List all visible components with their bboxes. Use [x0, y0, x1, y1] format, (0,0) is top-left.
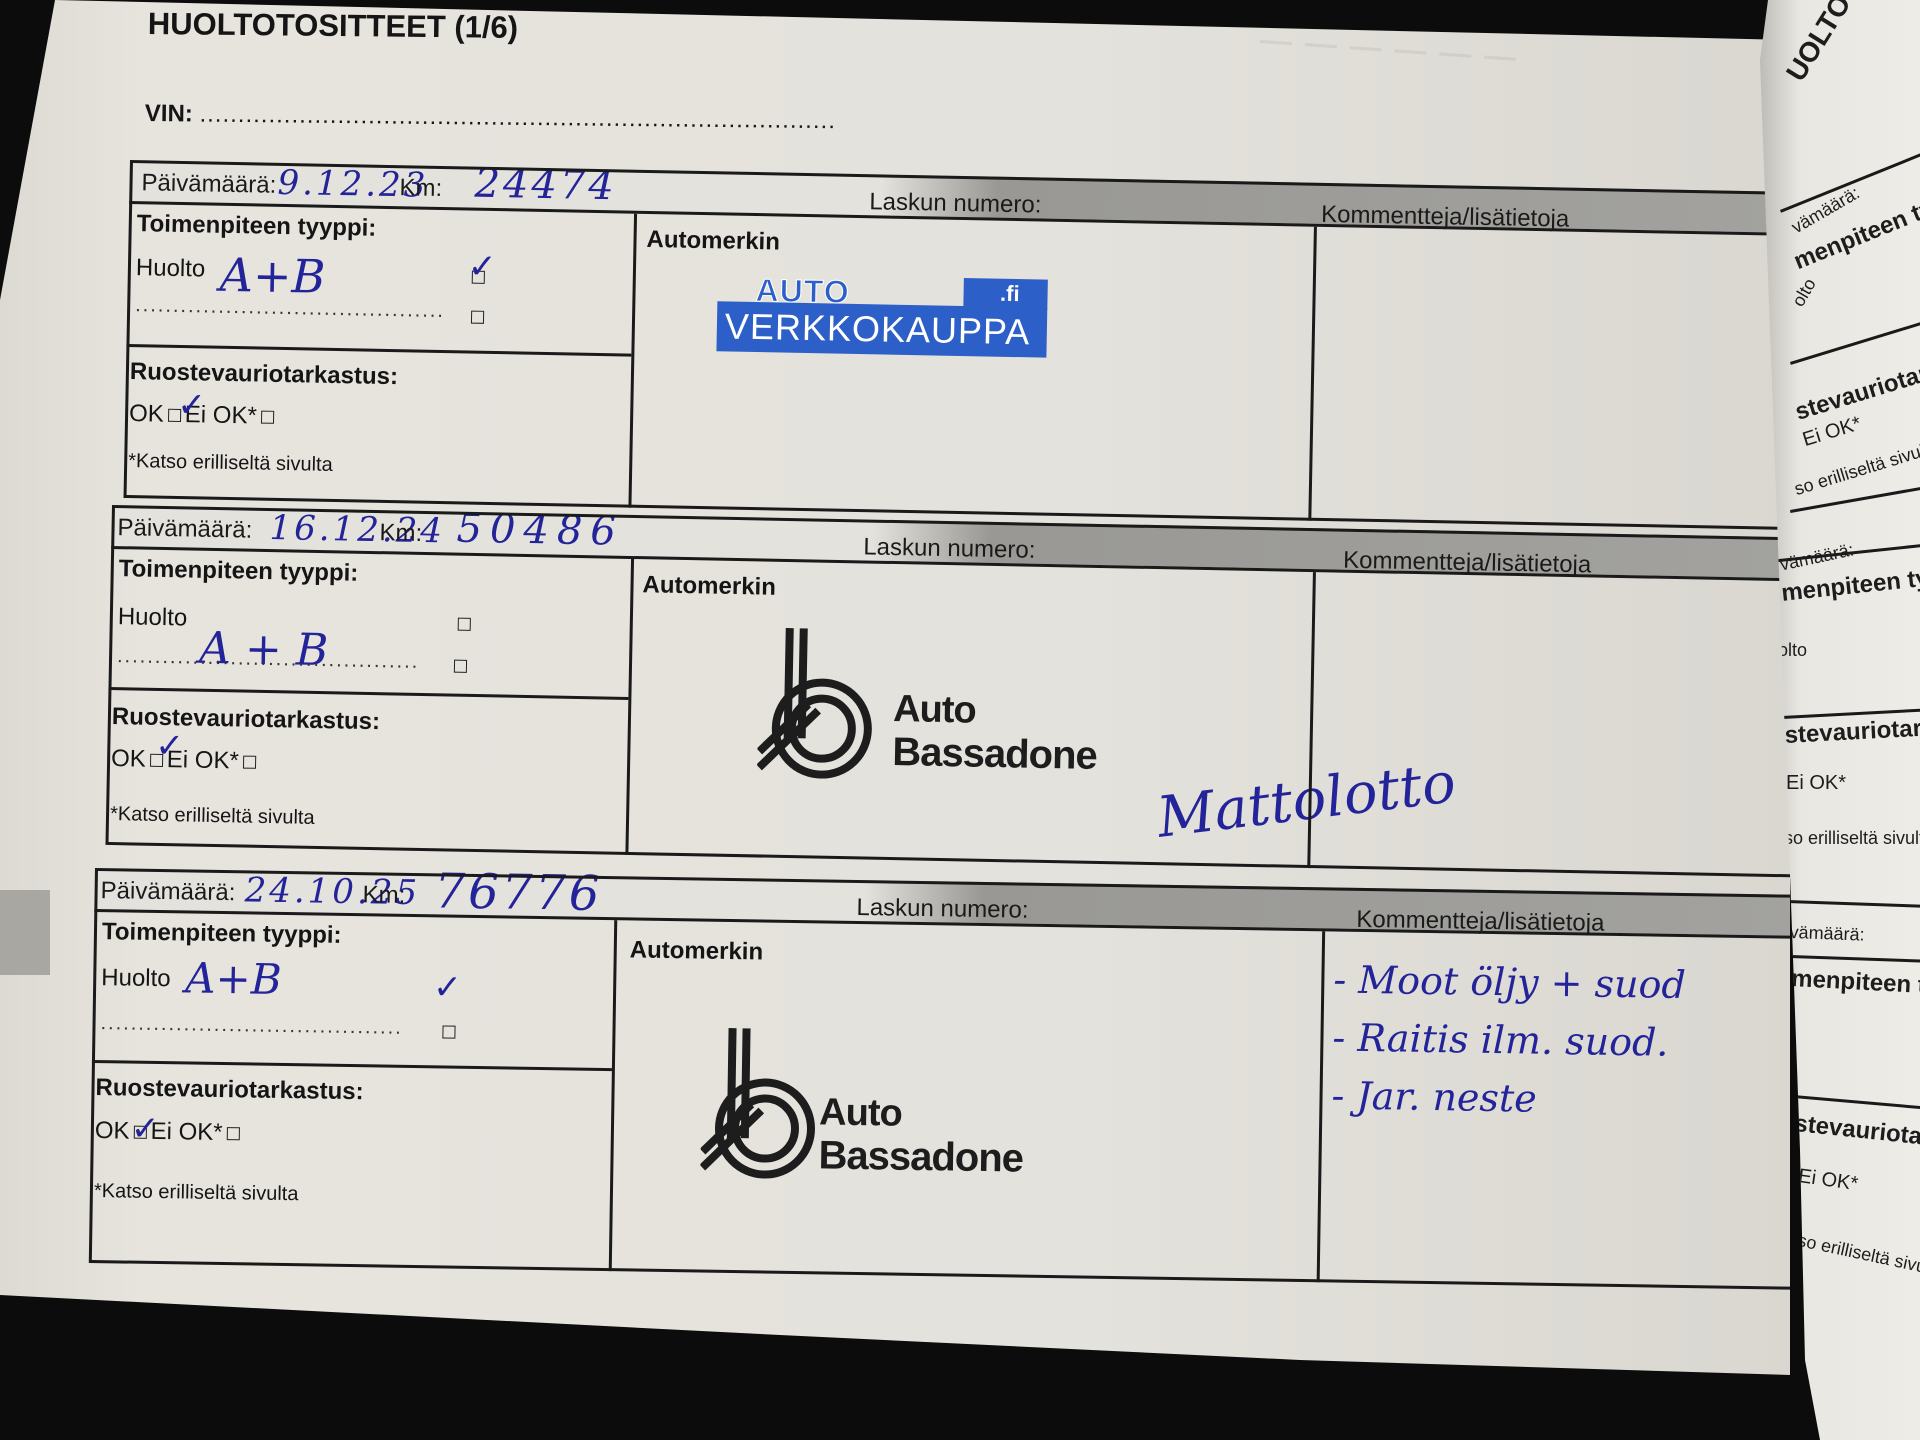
next-page-not-ok: Ei OK*: [1797, 1165, 1860, 1196]
next-page-date-label: vämäärä:: [1789, 922, 1865, 946]
next-page-date-label: vämäärä:: [1778, 539, 1856, 575]
next-page-line: [1788, 900, 1920, 910]
bleed-through-text: — — — — — —: [1259, 21, 1519, 76]
entry-frame: [89, 868, 1805, 1290]
vin-field[interactable]: VIN: ...................................…: [145, 100, 836, 135]
service-entry-3: Päivämäärä: 24.10.25 Km: 76776 Laskun nu…: [89, 868, 1805, 1290]
entry-frame: [124, 160, 1800, 530]
next-page-title: UOLTOTO: [1780, 0, 1878, 87]
service-entry-2: Päivämäärä: 16.12.24 Km: 50486 Laskun nu…: [105, 505, 1801, 877]
service-booklet-page: — — — — — — HUOLTOTOSITTEET (1/6) VIN: .…: [0, 0, 1790, 1380]
next-page-rust-label: stevauriotarka: [1793, 1110, 1920, 1155]
page-title: HUOLTOTOSITTEET (1/6): [148, 6, 519, 46]
next-page-operation-label: menpiteen tyyp: [1791, 965, 1920, 1002]
page-edge-shadow: [0, 890, 50, 975]
next-page-line: [1790, 304, 1920, 365]
entry-frame: [105, 505, 1801, 877]
next-page-see-separate: so erilliseltä sivulta: [1796, 1230, 1920, 1282]
next-page-service-label: olto: [1788, 275, 1821, 311]
next-page-line: [1790, 955, 1920, 965]
next-page-not-ok: Ei OK*: [1786, 772, 1846, 795]
vin-label: VIN:: [145, 100, 193, 128]
vin-dotted-line: ........................................…: [199, 101, 836, 135]
next-page-see-separate: so erilliseltä sivulta: [1784, 828, 1920, 849]
service-entry-1: Päivämäärä: 9.12.23 Km: 24474 Laskun num…: [124, 160, 1800, 530]
next-page-rust-label: stevauriotarka: [1784, 713, 1920, 750]
page-number: 6.8: [60, 1296, 96, 1327]
page-marker: [1298, 1362, 1314, 1402]
next-page-service-label: olto: [1778, 640, 1807, 661]
